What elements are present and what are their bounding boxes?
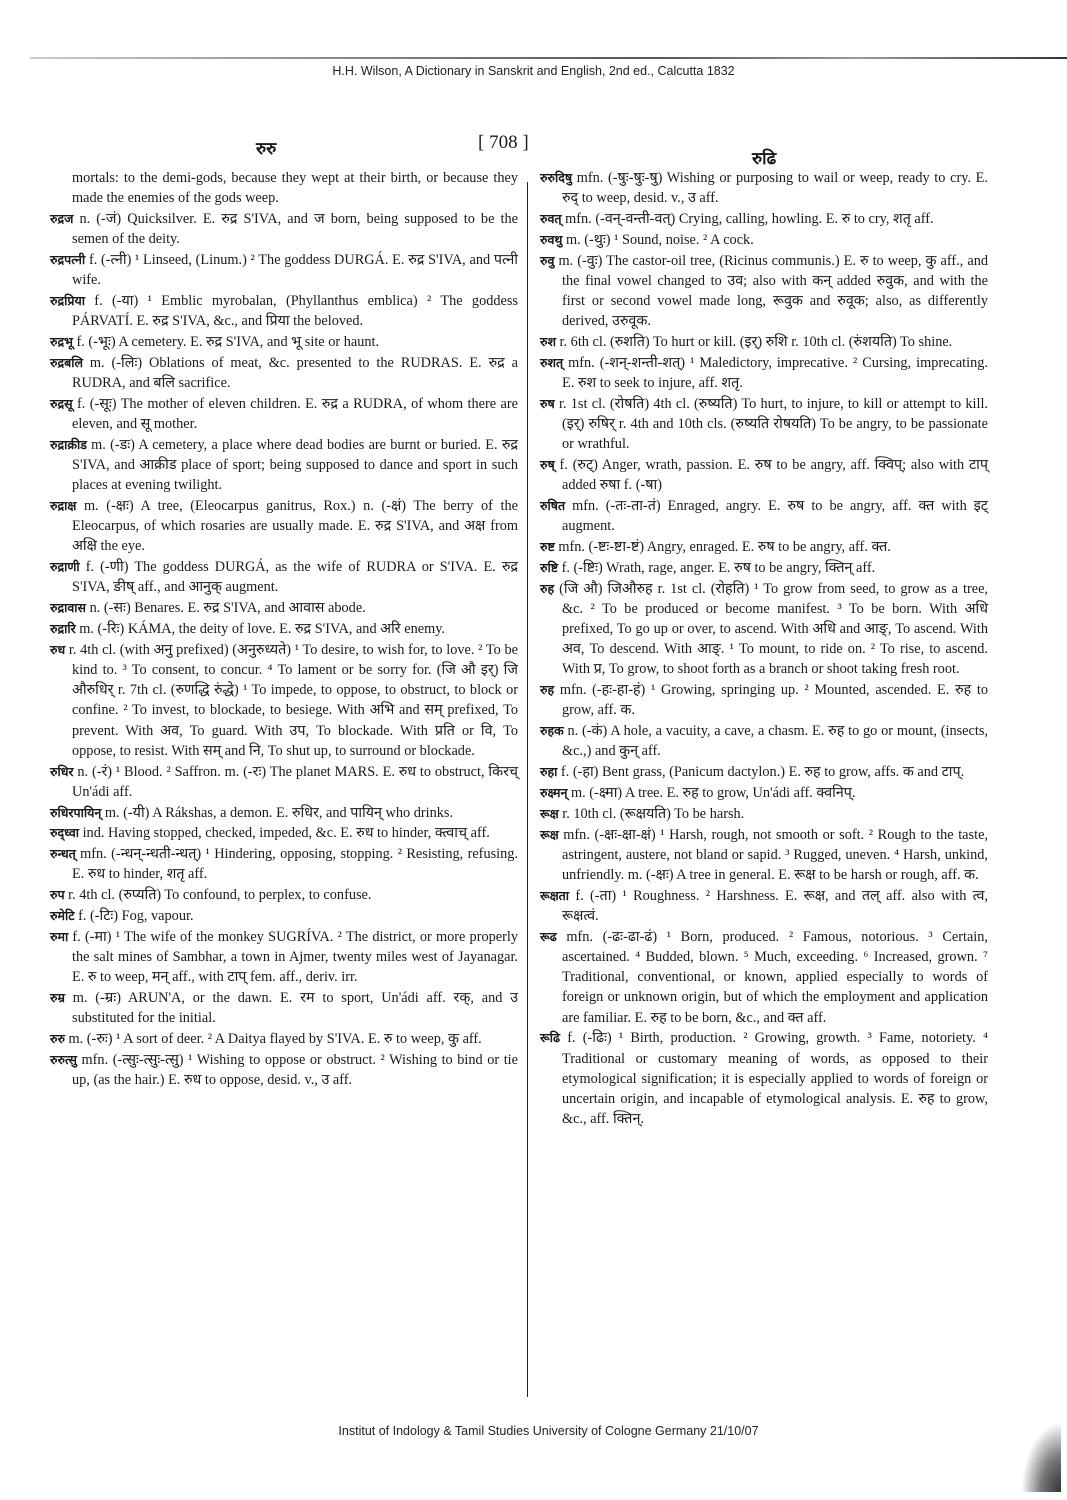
dictionary-entry: रुप r. 4th cl. (रुप्यति) To confound, to… (50, 885, 518, 905)
definition-text: r. 4th cl. (with अनु prefixed) (अनुरुध्य… (65, 642, 518, 759)
headword: रुमेटि (50, 908, 75, 923)
column-divider (527, 182, 528, 1397)
dictionary-entry: रुवत् mfn. (-वन्-वन्ती-वत्) Crying, call… (540, 209, 988, 229)
headword: रुम्र (50, 990, 65, 1005)
definition-text: m. (-यी) A Rákshas, a demon. E. रुधिर, a… (101, 805, 453, 821)
headword: रुध (50, 642, 65, 657)
headword: रुरुत्सु (50, 1052, 77, 1067)
dictionary-entry: रुहा f. (-हा) Bent grass, (Panicum dacty… (540, 762, 988, 782)
headword: रुद्रज (50, 211, 73, 226)
dictionary-entry: रुद्रभू f. (-भूः) A cemetery. E. रुद्र S… (50, 332, 518, 352)
headword: रुह (540, 682, 554, 697)
definition-text: m. (-रुः) ¹ A sort of deer. ² A Daitya f… (65, 1031, 482, 1047)
dictionary-entry: रुक्ष्मन् m. (-क्ष्मा) A tree. E. रुह to… (540, 783, 988, 803)
definition-text: mfn. (-वन्-वन्ती-वत्) Crying, calling, h… (562, 211, 934, 227)
headword: रुहा (540, 764, 557, 779)
dictionary-entry: रुमेटि f. (-टिः) Fog, vapour. (50, 906, 518, 926)
right-guide-word: रुढि (752, 146, 776, 169)
headword: रुद्ध्वा (50, 825, 79, 840)
headword: रुद्राक्रीड (50, 437, 87, 452)
headword: रुरुदिषु (540, 170, 572, 185)
definition-text: m. (-म्रः) ARUN'A, or the dawn. E. रम to… (65, 990, 518, 1026)
dictionary-entry: रुरु m. (-रुः) ¹ A sort of deer. ² A Dai… (50, 1029, 518, 1049)
dictionary-entry: रुष् f. (रुट्) Anger, wrath, passion. E.… (540, 455, 988, 495)
headword: रुरु (50, 1031, 65, 1046)
headword: रुद्रावास (50, 600, 86, 615)
definition-text: f. (-मा) ¹ The wife of the monkey SUGRÍV… (68, 929, 518, 985)
dictionary-entry: रुष्टि f. (-ष्टिः) Wrath, rage, anger. E… (540, 558, 988, 578)
definition-text: f. (-टिः) Fog, vapour. (75, 908, 194, 924)
definition-text: mfn. (-क्षः-क्षा-क्षं) ¹ Harsh, rough, n… (559, 827, 988, 883)
definition-text: m. (-रिः) KÁMA, the deity of love. E. रु… (76, 621, 445, 637)
headword: रुवत् (540, 211, 562, 226)
dictionary-entry: रूढि f. (-ढिः) ¹ Birth, production. ² Gr… (540, 1028, 988, 1129)
headword: रुवु (540, 253, 554, 268)
dictionary-entry: रुह (जि औ) जिऔरुह r. 1st cl. (रोहति) ¹ T… (540, 579, 988, 680)
dictionary-entry: mortals: to the demi-gods, because they … (50, 168, 518, 208)
definition-text: r. 10th cl. (रूक्षयति) To be harsh. (559, 806, 745, 822)
definition-text: (जि औ) जिऔरुह r. 1st cl. (रोहति) ¹ To gr… (554, 581, 988, 678)
dictionary-entry: रुवु m. (-वुः) The castor-oil tree, (Ric… (540, 251, 988, 332)
definition-text: mortals: to the demi-gods, because they … (72, 170, 518, 206)
dictionary-entry: रुद्रपत्नी f. (-त्नी) ¹ Linseed, (Linum.… (50, 250, 518, 290)
scan-smudge (1021, 1422, 1061, 1492)
headword: रुद्रप्रिया (50, 293, 85, 308)
dictionary-entry: रुद्राक्रीड m. (-डः) A cemetery, a place… (50, 435, 518, 496)
dictionary-entry: रूक्षता f. (-ता) ¹ Roughness. ² Harshnes… (540, 886, 988, 926)
dictionary-entry: रुरुत्सु mfn. (-त्सुः-त्सुः-त्सु) ¹ Wish… (50, 1050, 518, 1090)
dictionary-entry: रुह mfn. (-हः-हा-हं) ¹ Growing, springin… (540, 680, 988, 720)
headword: रुष् (540, 457, 555, 472)
headword: रुद्रबलि (50, 355, 83, 370)
dictionary-entry: रुद्रसू f. (-सूः) The mother of eleven c… (50, 394, 518, 434)
definition-text: mfn. (-शन्-शन्ती-शत्) ¹ Maledictory, imp… (562, 355, 988, 391)
page-header: रुरु [ 708 ] रुढि (0, 136, 1067, 166)
definition-text: r. 4th cl. (रुप्यति) To confound, to per… (65, 887, 372, 903)
dictionary-entry: रुष r. 1st cl. (रोषति) 4th cl. (रुष्यति)… (540, 394, 988, 455)
dictionary-entry: रुरुदिषु mfn. (-षुः-षुः-षु) Wishing or p… (540, 168, 988, 208)
dictionary-entry: रुधिर n. (-रं) ¹ Blood. ² Saffron. m. (-… (50, 762, 518, 802)
definition-text: f. (-या) ¹ Emblic myrobalan, (Phyllanthu… (72, 293, 518, 329)
definition-text: mfn. (-तः-ता-तं) Enraged, angry. E. रुष … (562, 498, 988, 534)
dictionary-entry: रुन्धत् mfn. (-न्धन्-न्धती-न्धत्) ¹ Hind… (50, 844, 518, 884)
definition-text: mfn. (-त्सुः-त्सुः-त्सु) ¹ Wishing to op… (72, 1052, 518, 1088)
headword: रुवथु (540, 232, 562, 247)
dictionary-entry: रूढ mfn. (-ढः-ढा-ढं) ¹ Born, produced. ²… (540, 927, 988, 1028)
headword: रुद्रसू (50, 396, 73, 411)
headword: रुक्ष्मन् (540, 785, 567, 800)
headword: रूक्ष (540, 827, 559, 842)
left-column: mortals: to the demi-gods, because they … (50, 168, 518, 1091)
definition-text: mfn. (-ढः-ढा-ढं) ¹ Born, produced. ² Fam… (557, 929, 988, 1026)
page-number: [ 708 ] (478, 132, 529, 154)
definition-text: m. (-लिः) Oblations of meat, &c. present… (72, 355, 518, 391)
dictionary-entry: रुष्ट mfn. (-ष्टः-ष्टा-ष्टं) Angry, enra… (540, 537, 988, 557)
definition-text: n. (-रं) ¹ Blood. ² Saffron. m. (-रः) Th… (72, 764, 518, 800)
headword: रुप (50, 887, 65, 902)
headword: रुधिरपायिन् (50, 805, 101, 820)
right-column: रुरुदिषु mfn. (-षुः-षुः-षु) Wishing or p… (540, 168, 988, 1130)
dictionary-entry: रूक्ष r. 10th cl. (रूक्षयति) To be harsh… (540, 804, 988, 824)
dictionary-entry: रुध r. 4th cl. (with अनु prefixed) (अनुर… (50, 640, 518, 761)
footer-credit: Institut of Indology & Tamil Studies Uni… (0, 1424, 1067, 1438)
definition-text: f. (रुट्) Anger, wrath, passion. E. रुष … (555, 457, 988, 493)
source-citation: H.H. Wilson, A Dictionary in Sanskrit an… (0, 64, 1067, 78)
definition-text: m. (-क्ष्मा) A tree. E. रुह to grow, Un'… (567, 785, 855, 801)
dictionary-entry: रूक्ष mfn. (-क्षः-क्षा-क्षं) ¹ Harsh, ro… (540, 825, 988, 886)
headword: रूढि (540, 1030, 560, 1045)
headword: रुद्रभू (50, 334, 73, 349)
definition-text: n. (-जं) Quicksilver. E. रुद्र S'IVA, an… (72, 211, 518, 247)
headword: रुन्धत् (50, 846, 76, 861)
dictionary-entry: रुशत् mfn. (-शन्-शन्ती-शत्) ¹ Maledictor… (540, 353, 988, 393)
definition-text: f. (-हा) Bent grass, (Panicum dactylon.)… (557, 764, 964, 780)
definition-text: mfn. (-षुः-षुः-षु) Wishing or purposing … (562, 170, 988, 206)
dictionary-entry: रुम्र m. (-म्रः) ARUN'A, or the dawn. E.… (50, 988, 518, 1028)
headword: रुमा (50, 929, 68, 944)
dictionary-entry: रुमा f. (-मा) ¹ The wife of the monkey S… (50, 927, 518, 988)
definition-text: mfn. (-हः-हा-हं) ¹ Growing, springing up… (554, 682, 988, 718)
definition-text: mfn. (-ष्टः-ष्टा-ष्टं) Angry, enraged. E… (555, 539, 891, 555)
dictionary-entry: रुधिरपायिन् m. (-यी) A Rákshas, a demon.… (50, 803, 518, 823)
dictionary-entry: रुद्रज n. (-जं) Quicksilver. E. रुद्र S'… (50, 209, 518, 249)
definition-text: r. 6th cl. (रुशति) To hurt or kill. (इर्… (556, 334, 952, 350)
headword: रुह (540, 581, 554, 596)
headword: रुद्रारि (50, 621, 76, 636)
definition-text: m. (-डः) A cemetery, a place where dead … (72, 437, 518, 493)
dictionary-entry: रुषित mfn. (-तः-ता-तं) Enraged, angry. E… (540, 496, 988, 536)
headword: रुष (540, 396, 555, 411)
dictionary-entry: रुवथु m. (-थुः) ¹ Sound, noise. ² A cock… (540, 230, 988, 250)
definition-text: f. (-ढिः) ¹ Birth, production. ² Growing… (560, 1030, 988, 1127)
definition-text: f. (-ष्टिः) Wrath, rage, anger. E. रुष t… (558, 560, 875, 576)
definition-text: f. (-ता) ¹ Roughness. ² Harshness. E. रू… (562, 888, 988, 924)
headword: रुश (540, 334, 556, 349)
definition-text: m. (-वुः) The castor-oil tree, (Ricinus … (554, 253, 988, 330)
dictionary-entry: रुद्रावास n. (-सः) Benares. E. रुद्र S'I… (50, 598, 518, 618)
definition-text: n. (-कं) A hole, a vacuity, a cave, a ch… (562, 723, 988, 759)
definition-text: m. (-थुः) ¹ Sound, noise. ² A cock. (562, 232, 753, 248)
dictionary-entry: रुद्राक्ष m. (-क्षः) A tree, (Eleocarpus… (50, 496, 518, 557)
headword: रुष्ट (540, 539, 555, 554)
dictionary-entry: रुश r. 6th cl. (रुशति) To hurt or kill. … (540, 332, 988, 352)
dictionary-entry: रुद्रबलि m. (-लिः) Oblations of meat, &c… (50, 353, 518, 393)
definition-text: r. 1st cl. (रोषति) 4th cl. (रुष्यति) To … (555, 396, 988, 452)
headword: रुशत् (540, 355, 563, 370)
definition-text: n. (-सः) Benares. E. रुद्र S'IVA, and आव… (86, 600, 366, 616)
headword: रुद्रपत्नी (50, 252, 85, 267)
headword: रुषित (540, 498, 565, 513)
dictionary-entry: रुद्राणी f. (-णी) The goddess DURGÁ, as … (50, 557, 518, 597)
dictionary-entry: रुद्रप्रिया f. (-या) ¹ Emblic myrobalan,… (50, 291, 518, 331)
definition-text: m. (-क्षः) A tree, (Eleocarpus ganitrus,… (72, 498, 518, 554)
headword: रुद्राक्ष (50, 498, 76, 513)
definition-text: f. (-त्नी) ¹ Linseed, (Linum.) ² The god… (72, 252, 518, 288)
headword: रूक्ष (540, 806, 559, 821)
headword: रुहक (540, 723, 564, 738)
dictionary-entry: रुद्ध्वा ind. Having stopped, checked, i… (50, 823, 518, 843)
definition-text: f. (-णी) The goddess DURGÁ, as the wife … (72, 559, 518, 595)
definition-text: ind. Having stopped, checked, impeded, &… (79, 825, 490, 841)
headword: रूढ (540, 929, 557, 944)
scan-edge-line (30, 57, 1067, 59)
headword: रूक्षता (540, 888, 569, 903)
definition-text: mfn. (-न्धन्-न्धती-न्धत्) ¹ Hindering, o… (72, 846, 518, 882)
dictionary-entry: रुद्रारि m. (-रिः) KÁMA, the deity of lo… (50, 619, 518, 639)
headword: रुष्टि (540, 560, 558, 575)
dictionary-entry: रुहक n. (-कं) A hole, a vacuity, a cave,… (540, 721, 988, 761)
definition-text: f. (-भूः) A cemetery. E. रुद्र S'IVA, an… (73, 334, 379, 350)
headword: रुधिर (50, 764, 74, 779)
definition-text: f. (-सूः) The mother of eleven children.… (72, 396, 518, 432)
left-guide-word: रुरु (256, 136, 276, 159)
headword: रुद्राणी (50, 559, 80, 574)
